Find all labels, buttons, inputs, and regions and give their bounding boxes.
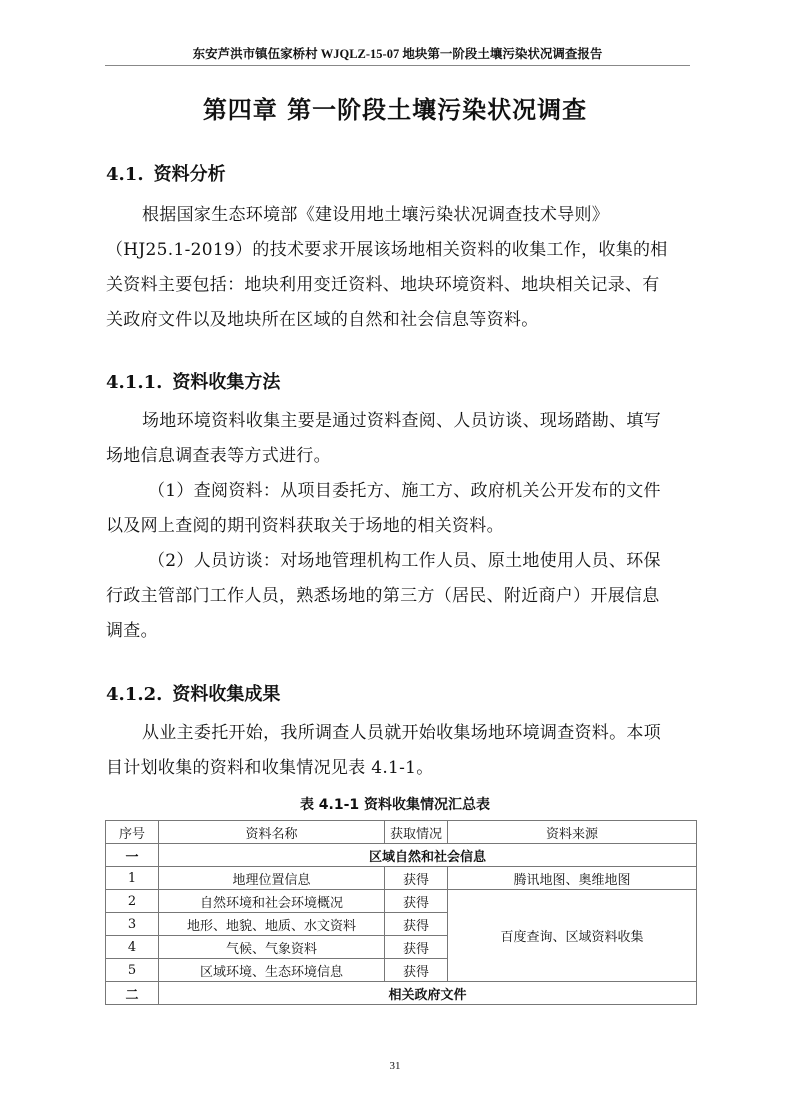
row-number: 5 [106,959,159,982]
row-number: 4 [106,936,159,959]
row-number: 3 [106,913,159,936]
paragraph-4-1-2: 从业主委托开始，我所调查人员就开始收集场地环境调查资料。本项 目计划收集的资料和… [106,716,691,786]
section-title: 资料收集方法 [172,372,280,393]
section-title: 资料收集成果 [172,684,280,705]
table-caption: 表 4.1-1 资料收集情况汇总表 [0,794,790,814]
header-cell: 资料来源 [448,821,697,844]
text-line: 关政府文件以及地块所在区域的自然和社会信息等资料。 [106,303,691,338]
row-status: 获得 [385,890,448,913]
page-number: 31 [0,1060,790,1072]
text-line: 目计划收集的资料和收集情况见表 4.1-1。 [106,751,691,786]
group-index: 二 [106,982,159,1005]
text-line: 以及网上查阅的期刊资料获取关于场地的相关资料。 [106,509,691,544]
table-row: 2 自然环境和社会环境概况 获得 百度查询、区域资料收集 [106,890,697,913]
section-heading-4-1-2: 4.1.2.资料收集成果 [106,680,280,706]
text-line: 关资料主要包括：地块利用变迁资料、地块环境资料、地块相关记录、有 [106,268,691,303]
text-line: 场地环境资料收集主要是通过资料查阅、人员访谈、现场踏勘、填写 [106,404,691,439]
section-number: 4.1. [106,164,144,185]
section-title: 资料分析 [154,164,226,185]
section-number: 4.1.2. [106,684,162,705]
header-cell: 获取情况 [385,821,448,844]
row-status: 获得 [385,936,448,959]
row-number: 1 [106,867,159,890]
paragraph-4-1: 根据国家生态环境部《建设用地土壤污染状况调查技术导则》 （HJ25.1-2019… [106,198,691,338]
row-number: 2 [106,890,159,913]
row-name: 气候、气象资料 [159,936,385,959]
text-line: 从业主委托开始，我所调查人员就开始收集场地环境调查资料。本项 [106,716,691,751]
running-header: 东安芦洪市镇伍家桥村 WJQLZ-15-07 地块第一阶段土壤污染状况调查报告 [105,44,690,66]
text-line: （HJ25.1-2019）的技术要求开展该场地相关资料的收集工作，收集的相 [106,233,691,268]
row-source: 腾讯地图、奥维地图 [448,867,697,890]
table-group-row: 二 相关政府文件 [106,982,697,1005]
table-row: 1 地理位置信息 获得 腾讯地图、奥维地图 [106,867,697,890]
text-line: 行政主管部门工作人员，熟悉场地的第三方（居民、附近商户）开展信息 [106,579,691,614]
row-name: 自然环境和社会环境概况 [159,890,385,913]
text-line: （2）人员访谈：对场地管理机构工作人员、原土地使用人员、环保 [106,544,691,579]
row-name: 地理位置信息 [159,867,385,890]
text-line: 根据国家生态环境部《建设用地土壤污染状况调查技术导则》 [106,198,691,233]
table-header-row: 序号 资料名称 获取情况 资料来源 [106,821,697,844]
paragraph-4-1-1: 场地环境资料收集主要是通过资料查阅、人员访谈、现场踏勘、填写 场地信息调查表等方… [106,404,691,649]
section-heading-4-1-1: 4.1.1.资料收集方法 [106,368,280,394]
row-status: 获得 [385,959,448,982]
group-title: 相关政府文件 [159,982,697,1005]
table-group-row: 一 区域自然和社会信息 [106,844,697,867]
chapter-title: 第四章 第一阶段土壤污染状况调查 [0,90,790,125]
section-number: 4.1.1. [106,372,162,393]
text-line: 场地信息调查表等方式进行。 [106,439,691,474]
group-title: 区域自然和社会信息 [159,844,697,867]
row-name: 地形、地貌、地质、水文资料 [159,913,385,936]
header-cell: 序号 [106,821,159,844]
data-collection-table: 序号 资料名称 获取情况 资料来源 一 区域自然和社会信息 1 地理位置信息 获… [105,820,697,1005]
row-status: 获得 [385,867,448,890]
row-name: 区域环境、生态环境信息 [159,959,385,982]
group-index: 一 [106,844,159,867]
row-source-merged: 百度查询、区域资料收集 [448,890,697,982]
text-line: 调查。 [106,614,691,649]
row-status: 获得 [385,913,448,936]
header-cell: 资料名称 [159,821,385,844]
text-line: （1）查阅资料：从项目委托方、施工方、政府机关公开发布的文件 [106,474,691,509]
section-heading-4-1: 4.1.资料分析 [106,160,226,186]
